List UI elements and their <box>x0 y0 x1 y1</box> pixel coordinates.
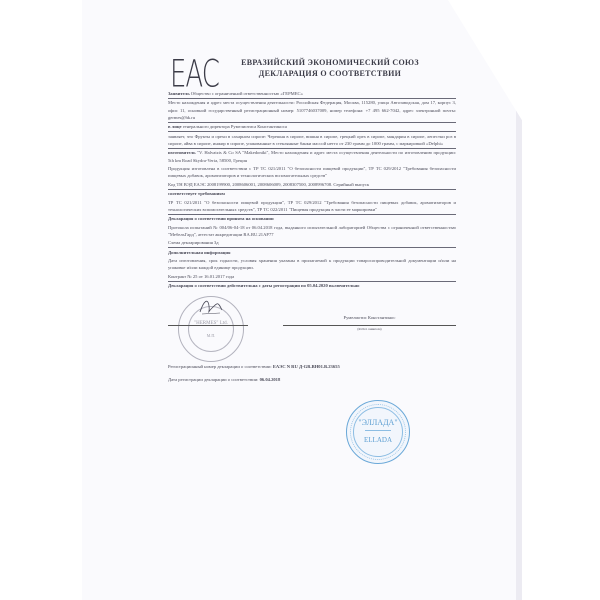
signature-line <box>168 325 248 326</box>
registration-number: ЕАЭС N RU Д-GR.ВН01.В.23655 <box>273 364 340 369</box>
scan-margin <box>0 0 82 600</box>
hs-code-row: Код ТН ВЭД ЕАЭС 2008199900, 2008606001, … <box>168 181 456 190</box>
representative-value: генерального директора Румелиотиса Конст… <box>183 124 287 129</box>
address-row: Место нахождения и адрес места осуществл… <box>168 99 456 122</box>
manufacturer-row: изготовитель "V. Halvatzis & Co SA "Make… <box>168 149 456 164</box>
ellada-stamp-latin: ELLADA <box>347 436 409 444</box>
title-union: ЕВРАЗИЙСКИЙ ЭКОНОМИЧЕСКИЙ СОЮЗ <box>230 57 430 68</box>
folded-corner <box>448 0 528 130</box>
additional-label: Дополнительная информация <box>168 249 456 257</box>
declaration-body: Заявитель Общество с ограниченной ответс… <box>168 90 456 291</box>
manufacturer-label: изготовитель <box>168 150 196 155</box>
complies-label: соответствует требованиям <box>168 190 456 198</box>
basis-label: Декларация о соответствии принята на осн… <box>168 215 456 223</box>
signer-caption: (Ф.И.О. заявителя) <box>283 327 456 331</box>
additional-value: Дата изготовления, срок годности, услови… <box>168 257 456 272</box>
registration-number-label: Регистрационный номер декларации о соотв… <box>168 364 272 369</box>
title-declaration: ДЕКЛАРАЦИЯ О СООТВЕТСТВИИ <box>230 68 430 79</box>
applicant-value: Общество с ограниченной ответственностью… <box>191 91 303 96</box>
basis-value: Протокола испытаний № 004/06-04-18 от 06… <box>168 224 456 239</box>
declares-label: заявляет, что <box>168 134 193 139</box>
applicant-label: Заявитель <box>168 91 190 96</box>
representative-row: в лице генерального директора Румелиотис… <box>168 123 456 132</box>
name-line <box>283 325 456 326</box>
signature-block: Румелиотис Константинос (Ф.И.О. заявител… <box>168 310 456 340</box>
manufacturer-value: "V. Halvatzis & Co SA "Makedoniki", Мест… <box>168 150 456 162</box>
applicant-row: Заявитель Общество с ограниченной ответс… <box>168 90 456 99</box>
registration-number-row: Регистрационный номер декларации о соотв… <box>168 360 468 373</box>
ellada-stamp-cyrillic: "ЭЛЛАДА" <box>347 418 409 427</box>
ellada-stamp: "ЭЛЛАДА" ELLADA <box>346 400 410 464</box>
declares-row: заявляет, что Фрукты и орехи в сахарном … <box>168 133 456 149</box>
registration-block: Регистрационный номер декларации о соотв… <box>168 360 468 386</box>
complies-value: ТР ТС 021/2011 "О безопасности пищевой п… <box>168 199 456 215</box>
ellada-stamp-divider <box>365 430 391 431</box>
produced-per-row: Продукция изготовлена в соответствии с Т… <box>168 165 456 180</box>
basis-scheme: Схема декларирования 3д <box>168 239 456 248</box>
document-title: ЕВРАЗИЙСКИЙ ЭКОНОМИЧЕСКИЙ СОЮЗ ДЕКЛАРАЦИ… <box>230 57 430 79</box>
declares-value: Фрукты и орехи в сахарном сиропе: Черешн… <box>168 134 456 146</box>
representative-label: в лице <box>168 124 182 129</box>
ellada-stamp-inner-ring <box>353 407 403 457</box>
registration-date-row: Дата регистрации декларации о соответств… <box>168 373 468 386</box>
registration-date-label: Дата регистрации декларации о соответств… <box>168 377 258 382</box>
signer-name: Румелиотис Константинос <box>283 315 456 320</box>
additional-contract: Контракт № 25 от 16.01.2017 года <box>168 273 456 282</box>
address-label: Место нахождения и адрес места осуществл… <box>168 100 295 105</box>
validity-statement: Декларация о соответствии действительна … <box>168 282 456 290</box>
registration-date: 06.04.2018 <box>260 377 281 382</box>
